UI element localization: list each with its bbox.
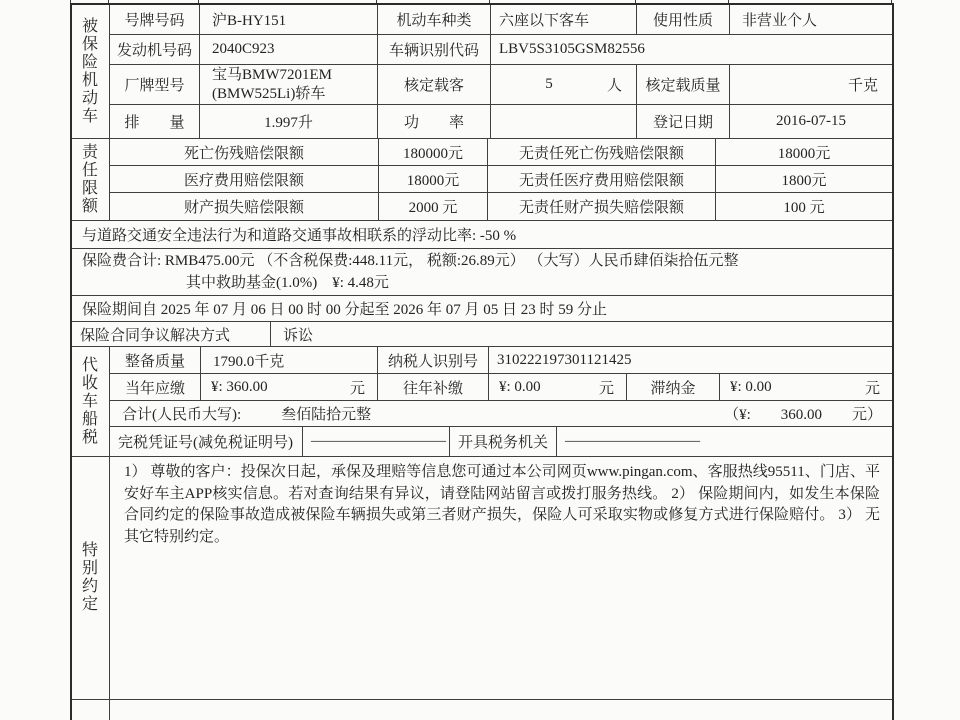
- cropped-bottom-row: [72, 700, 892, 720]
- taxpayer-id-value: 310222197301121425: [489, 347, 892, 373]
- liability-limit-side-label: 责任限额: [72, 139, 110, 220]
- approved-passengers-value: 5 人: [491, 65, 637, 104]
- no-fault-property-limit-label: 无责任财产损失赔偿限额: [488, 193, 716, 220]
- no-fault-death-limit-value: 18000元: [716, 139, 892, 165]
- no-fault-property-limit-value: 100 元: [716, 193, 892, 220]
- power-value: [491, 105, 637, 138]
- approved-passengers-label: 核定载客: [378, 65, 491, 104]
- table-row: 医疗费用赔偿限额 18000元 无责任医疗费用赔偿限额 1800元: [110, 166, 892, 193]
- registration-date-value: 2016-07-15: [730, 105, 892, 138]
- policy-table: 被保险机动车 号牌号码 沪B-HY151 机动车种类 六座以下客车 使用性质 非…: [70, 3, 894, 720]
- approved-load-unit: 千克: [730, 65, 892, 104]
- curb-weight-value: 1790.0千克: [201, 347, 378, 373]
- plate-number-value: 沪B-HY151: [200, 5, 378, 34]
- tax-total-numeric: （¥: 360.00 元）: [724, 403, 892, 424]
- policy-document-sheet: 被保险机动车 号牌号码 沪B-HY151 机动车种类 六座以下客车 使用性质 非…: [0, 0, 960, 720]
- property-limit-value: 2000 元: [379, 193, 488, 220]
- special-agreement-section: 特别约定 1） 尊敬的客户：投保次日起，承保及理赔等信息您可通过本公司网页www…: [72, 457, 892, 700]
- displacement-value: 1.997升: [200, 105, 378, 138]
- cropped-bottom-side-cell: [72, 700, 110, 720]
- displacement-label: 排 量: [110, 105, 200, 138]
- make-model-label: 厂牌型号: [110, 65, 200, 104]
- table-row: [110, 700, 892, 720]
- vin-label: 车辆识别代码: [378, 35, 491, 64]
- late-fee-value: ¥: 0.00 元: [720, 374, 892, 400]
- no-fault-medical-limit-label: 无责任医疗费用赔偿限额: [488, 166, 716, 192]
- vessel-tax-side-label: 代收车船税: [72, 347, 110, 456]
- vehicle-type-value: 六座以下客车: [491, 5, 637, 34]
- table-row: 合计(人民币大写): 叁佰陆拾元整 （¥: 360.00 元）: [110, 401, 892, 427]
- table-row: 整备质量 1790.0千克 纳税人识别号 310222197301121425: [110, 347, 892, 374]
- dispute-resolution-row: 保险合同争议解决方式 诉讼: [72, 322, 892, 347]
- insurance-period-row: 保险期间自 2025 年 07 月 06 日 00 时 00 分起至 2026 …: [72, 296, 892, 322]
- no-fault-medical-limit-value: 1800元: [716, 166, 892, 192]
- power-label: 功 率: [378, 105, 491, 138]
- special-agreement-text: 1） 尊敬的客户：投保次日起，承保及理赔等信息您可通过本公司网页www.ping…: [110, 457, 892, 699]
- taxpayer-id-label: 纳税人识别号: [378, 347, 489, 373]
- registration-date-label: 登记日期: [637, 105, 730, 138]
- current-year-due-label: 当年应缴: [110, 374, 201, 400]
- premium-total-line1: 保险费合计: RMB475.00元 （不含税保费:448.11元， 税额:26.…: [82, 250, 739, 272]
- prior-year-due-value: ¥: 0.00 元: [489, 374, 627, 400]
- table-row: 当年应缴 ¥: 360.00 元 往年补缴 ¥: 0.00 元 滞纳金 ¥: 0…: [110, 374, 892, 401]
- table-row: 财产损失赔偿限额 2000 元 无责任财产损失赔偿限额 100 元: [110, 193, 892, 220]
- table-row: 完税凭证号(减免税证明号) ————————— 开具税务机关 —————————: [110, 427, 892, 456]
- death-disability-limit-value: 180000元: [379, 139, 488, 165]
- vessel-tax-section: 代收车船税 整备质量 1790.0千克 纳税人识别号 3102221973011…: [72, 347, 892, 457]
- no-fault-death-limit-label: 无责任死亡伤残赔偿限额: [488, 139, 716, 165]
- dispute-resolution-label: 保险合同争议解决方式: [72, 322, 271, 346]
- plate-number-label: 号牌号码: [110, 5, 200, 34]
- approved-load-label: 核定载质量: [637, 65, 730, 104]
- insured-vehicle-section: 被保险机动车 号牌号码 沪B-HY151 机动车种类 六座以下客车 使用性质 非…: [72, 5, 892, 139]
- special-agreement-side-label: 特别约定: [72, 457, 110, 699]
- table-row: 排 量 1.997升 功 率 登记日期 2016-07-15: [110, 105, 892, 138]
- table-row: 发动机号码 2040C923 车辆识别代码 LBV5S3105GSM82556: [110, 35, 892, 65]
- rescue-fund-line: 其中救助基金(1.0%) ¥: 4.48元: [82, 272, 389, 294]
- dispute-resolution-value: 诉讼: [271, 322, 892, 346]
- engine-number-value: 2040C923: [200, 35, 378, 64]
- insured-vehicle-side-label: 被保险机动车: [72, 5, 110, 138]
- tax-authority-label: 开具税务机关: [450, 427, 557, 456]
- tax-certificate-label: 完税凭证号(减免税证明号): [110, 427, 303, 456]
- vehicle-type-label: 机动车种类: [378, 5, 491, 34]
- tax-total-words: 叁佰陆拾元整: [281, 403, 371, 424]
- usage-nature-value: 非营业个人: [730, 5, 892, 34]
- tax-certificate-value: —————————: [303, 427, 450, 456]
- liability-limit-section: 责任限额 死亡伤残赔偿限额 180000元 无责任死亡伤残赔偿限额 18000元…: [72, 139, 892, 221]
- engine-number-label: 发动机号码: [110, 35, 200, 64]
- table-row: 1） 尊敬的客户：投保次日起，承保及理赔等信息您可通过本公司网页www.ping…: [110, 457, 892, 699]
- property-limit-label: 财产损失赔偿限额: [110, 193, 379, 220]
- floating-rate-row: 与道路交通安全违法行为和道路交通事故相联系的浮动比率: -50 %: [72, 221, 892, 249]
- premium-total-row: 保险费合计: RMB475.00元 （不含税保费:448.11元， 税额:26.…: [72, 249, 892, 296]
- table-row: 号牌号码 沪B-HY151 机动车种类 六座以下客车 使用性质 非营业个人: [110, 5, 892, 35]
- late-fee-label: 滞纳金: [627, 374, 720, 400]
- tax-total-label: 合计(人民币大写):: [122, 403, 241, 424]
- table-row: 死亡伤残赔偿限额 180000元 无责任死亡伤残赔偿限额 18000元: [110, 139, 892, 166]
- current-year-due-value: ¥: 360.00 元: [201, 374, 378, 400]
- curb-weight-label: 整备质量: [110, 347, 201, 373]
- tax-total-row: 合计(人民币大写): 叁佰陆拾元整 （¥: 360.00 元）: [110, 401, 892, 426]
- tax-authority-value: —————————: [557, 427, 892, 456]
- medical-limit-label: 医疗费用赔偿限额: [110, 166, 379, 192]
- table-row: 厂牌型号 宝马BMW7201EM (BMW525Li)轿车 核定载客 5 人 核…: [110, 65, 892, 105]
- death-disability-limit-label: 死亡伤残赔偿限额: [110, 139, 379, 165]
- usage-nature-label: 使用性质: [637, 5, 730, 34]
- medical-limit-value: 18000元: [379, 166, 488, 192]
- vin-value: LBV5S3105GSM82556: [491, 35, 892, 64]
- make-model-value: 宝马BMW7201EM (BMW525Li)轿车: [200, 65, 378, 104]
- prior-year-due-label: 往年补缴: [378, 374, 489, 400]
